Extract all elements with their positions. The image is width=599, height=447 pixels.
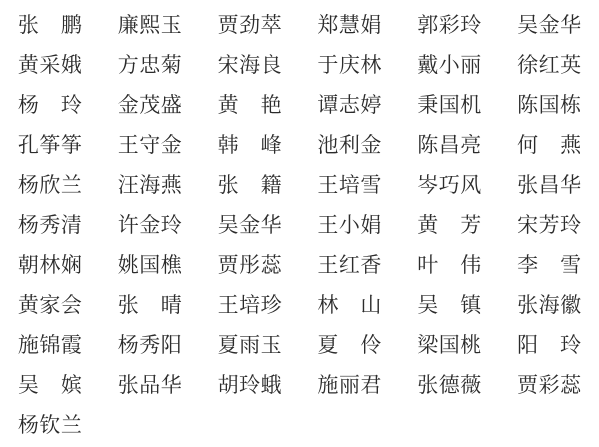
person-name: 孔筝筝 [18, 134, 82, 157]
person-name: 汪海燕 [118, 174, 182, 197]
person-name: 阳玲 [517, 334, 581, 357]
person-name: 陈国栋 [517, 94, 581, 117]
person-name: 宋芳玲 [517, 214, 581, 237]
person-name: 黄家会 [18, 294, 82, 317]
person-name: 吴金华 [218, 214, 282, 237]
person-name: 廉熙玉 [118, 14, 182, 37]
person-name: 吴金华 [517, 14, 581, 37]
person-name: 郭彩玲 [417, 14, 481, 37]
person-name: 吴镇 [417, 294, 481, 317]
person-name: 贾彩蕊 [517, 374, 581, 397]
name-grid: 张鹏 廉熙玉 贾劲萃 郑慧娟 郭彩玲 吴金华 黄采娥 方忠菊 宋海良 于庆林 戴… [0, 0, 599, 446]
person-name: 陈昌亮 [417, 134, 481, 157]
person-name: 杨玲 [18, 94, 82, 117]
person-name: 夏雨玉 [218, 334, 282, 357]
person-name: 秉国机 [417, 94, 481, 117]
person-name: 杨秀阳 [118, 334, 182, 357]
person-name: 张德薇 [417, 374, 481, 397]
person-name: 王小娟 [317, 214, 381, 237]
person-name: 谭志婷 [317, 94, 381, 117]
person-name: 宋海良 [218, 54, 282, 77]
person-name: 贾彤蕊 [218, 254, 282, 277]
person-name: 池利金 [317, 134, 381, 157]
person-name: 王守金 [118, 134, 182, 157]
person-name: 金茂盛 [118, 94, 182, 117]
person-name: 王培雪 [317, 174, 381, 197]
person-name: 岑巧风 [417, 174, 481, 197]
person-name: 许金玲 [118, 214, 182, 237]
person-name: 叶伟 [417, 254, 481, 277]
person-name: 王红香 [317, 254, 381, 277]
person-name: 杨欣兰 [18, 174, 82, 197]
person-name: 朝林娴 [18, 254, 82, 277]
person-name: 黄芳 [417, 214, 481, 237]
person-name: 姚国樵 [118, 254, 182, 277]
person-name: 戴小丽 [417, 54, 481, 77]
person-name: 张鹏 [18, 14, 82, 37]
person-name: 黄采娥 [18, 54, 82, 77]
person-name: 林山 [317, 294, 381, 317]
person-name: 郑慧娟 [317, 14, 381, 37]
person-name: 吴嫔 [18, 374, 82, 397]
person-name: 张晴 [118, 294, 182, 317]
person-name: 杨秀清 [18, 214, 82, 237]
person-name: 梁国桃 [417, 334, 481, 357]
person-name: 胡玲蛾 [218, 374, 282, 397]
person-name: 张海徽 [517, 294, 581, 317]
person-name: 黄艳 [218, 94, 282, 117]
person-name: 方忠菊 [118, 54, 182, 77]
person-name: 张品华 [118, 374, 182, 397]
person-name: 施丽君 [317, 374, 381, 397]
person-name: 张昌华 [517, 174, 581, 197]
person-name: 贾劲萃 [218, 14, 282, 37]
person-name: 杨钦兰 [18, 414, 82, 437]
person-name: 徐红英 [517, 54, 581, 77]
person-name: 王培珍 [218, 294, 282, 317]
person-name: 李雪 [517, 254, 581, 277]
person-name: 施锦霞 [18, 334, 82, 357]
person-name: 何燕 [517, 134, 581, 157]
person-name: 夏伶 [317, 334, 381, 357]
person-name: 张籍 [218, 174, 282, 197]
person-name: 韩峰 [218, 134, 282, 157]
person-name: 于庆林 [317, 54, 381, 77]
